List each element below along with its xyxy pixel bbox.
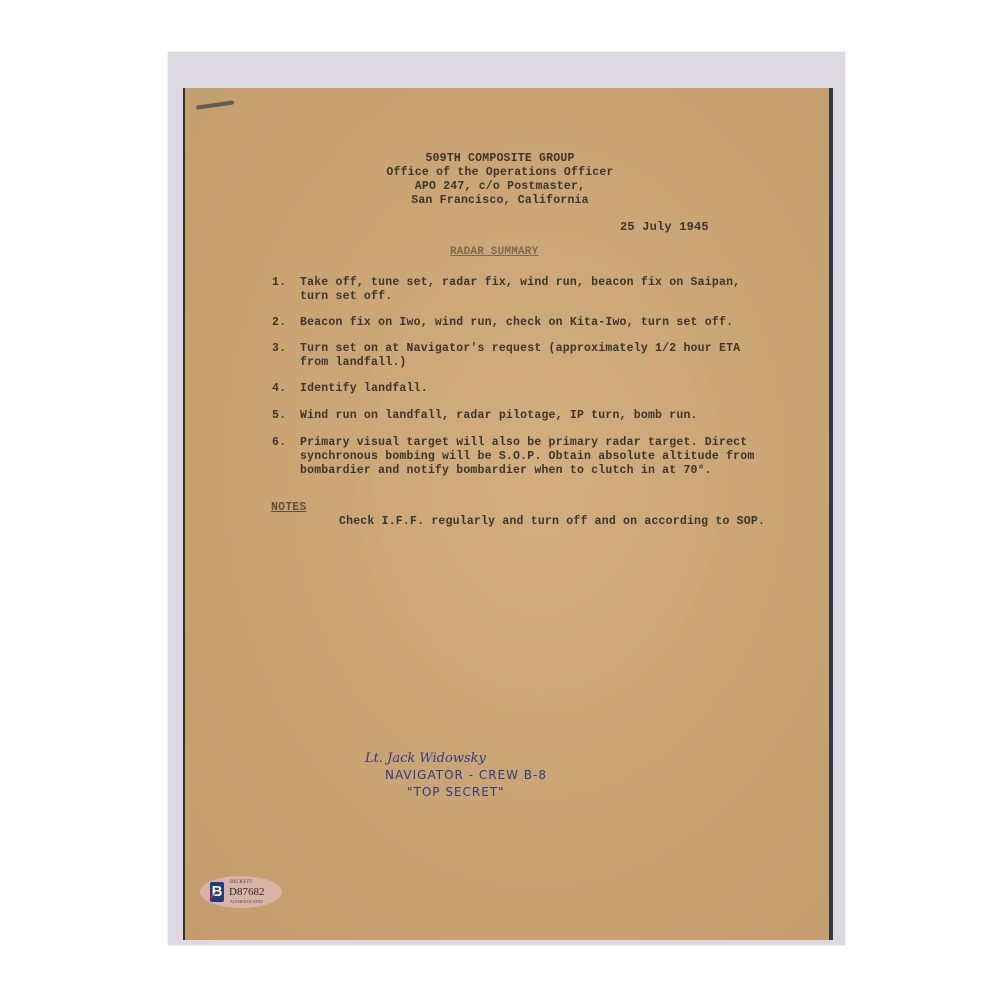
inscription-role: NAVIGATOR - CREW B-8 — [385, 767, 547, 784]
item-number: 4. — [272, 382, 286, 396]
letterhead-office: Office of the Operations Officer — [360, 166, 640, 180]
item-number: 6. — [272, 436, 286, 450]
document-title: RADAR SUMMARY — [450, 246, 538, 258]
inscription-signature: Lt. Jack Widowsky — [365, 750, 547, 767]
notes-heading: NOTES — [271, 501, 307, 514]
sticker-code: D87682 — [229, 886, 264, 898]
checkmark-icon: ✓ — [208, 888, 220, 904]
notes-text: Check I.F.F. regularly and turn off and … — [339, 515, 765, 528]
item-number: 1. — [272, 276, 286, 290]
document-date: 25 July 1945 — [620, 220, 709, 234]
inscription-note: "TOP SECRET" — [407, 784, 547, 801]
sticker-label: AUTHENTICATED — [230, 899, 263, 904]
item-number: 2. — [272, 316, 286, 330]
item-text: Take off, tune set, radar fix, wind run,… — [300, 276, 772, 304]
item-number: 3. — [272, 342, 286, 356]
sticker-brand: BECKETT — [230, 880, 253, 885]
letterhead-unit: 509TH COMPOSITE GROUP — [360, 152, 640, 166]
letterhead-city: San Francisco, California — [360, 194, 640, 208]
document-paper — [183, 88, 833, 940]
letterhead-address: APO 247, c/o Postmaster, — [360, 180, 640, 194]
item-text: Wind run on landfall, radar pilotage, IP… — [300, 409, 772, 423]
item-number: 5. — [272, 409, 286, 423]
item-text: Turn set on at Navigator's request (appr… — [300, 342, 772, 370]
item-text: Primary visual target will also be prima… — [300, 436, 772, 478]
authentication-sticker: B ✓ BECKETT D87682 AUTHENTICATED — [200, 876, 282, 908]
handwritten-inscription: Lt. Jack Widowsky NAVIGATOR - CREW B-8 "… — [365, 750, 547, 801]
item-text: Beacon fix on Iwo, wind run, check on Ki… — [300, 316, 772, 330]
item-text: Identify landfall. — [300, 382, 772, 396]
